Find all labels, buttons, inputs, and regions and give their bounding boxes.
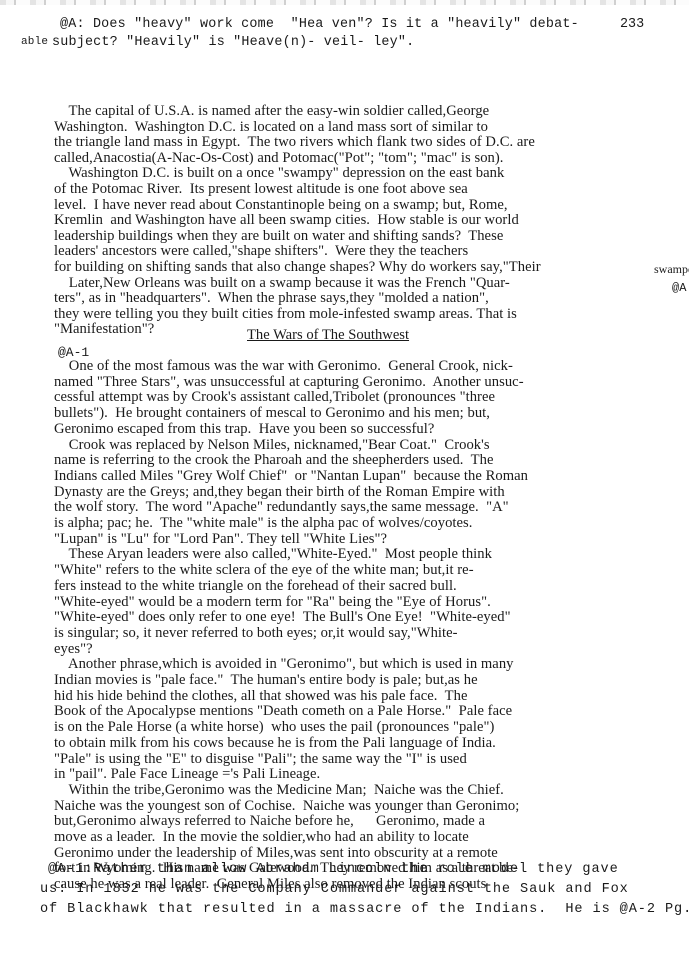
text-line: fers instead to the white triangle on th…: [54, 578, 457, 595]
text-line: level. I have never read about Constanti…: [54, 197, 508, 214]
text-line: Washington D.C. is built on a once "swam…: [54, 165, 504, 182]
text-line: eyes"?: [54, 641, 93, 658]
page-number: 233: [620, 17, 644, 32]
text-line: Later,New Orleans was built on a swamp b…: [54, 275, 510, 292]
text-line: Washington. Washington D.C. is located o…: [54, 119, 488, 136]
text-line: bullets"). He brought containers of mesc…: [54, 405, 490, 422]
text-line: named "Three Stars", was unsuccessful at…: [54, 374, 524, 391]
text-line: hid his hide behind the clothes, all tha…: [54, 688, 467, 705]
text-line: @A-1:Rather than allow Abraham Lincoln t…: [48, 862, 619, 877]
scan-edge-artifact: [0, 0, 689, 5]
text-line: Crook was replaced by Nelson Miles, nick…: [54, 437, 490, 454]
header-line-2: subject? "Heavily" is "Heave(n)- veil- l…: [52, 35, 414, 50]
text-line: leadership buildings when they are built…: [54, 228, 503, 245]
text-line: Book of the Apocalypse mentions "Death c…: [54, 703, 512, 720]
text-line: is on the Pale Horse (a white horse) who…: [54, 719, 494, 736]
text-line: is singular; so, it never referred to bo…: [54, 625, 458, 642]
text-line: Dynasty are the Greys; and,they began th…: [54, 484, 505, 501]
text-line: "Pale" is using the "E" to disguise "Pal…: [54, 751, 467, 768]
text-line: to obtain milk from his cows because he …: [54, 735, 496, 752]
text-line: for building on shifting sands that also…: [54, 259, 541, 276]
text-line: Indian movies is "pale face." The human'…: [54, 672, 478, 689]
text-line: Within the tribe,Geronimo was the Medici…: [54, 782, 504, 799]
text-line: One of the most famous was the war with …: [54, 358, 513, 375]
text-line: "White-eyed" would be a modern term for …: [54, 594, 491, 611]
text-line: "White" refers to the white sclera of th…: [54, 562, 474, 579]
text-line: "Manifestation"?: [54, 321, 154, 338]
text-line: leaders' ancestors were called,"shape sh…: [54, 243, 468, 260]
text-line: The capital of U.S.A. is named after the…: [54, 103, 489, 120]
text-line: the wolf story. The word "Apache" redund…: [54, 499, 509, 516]
header-line-2-prefix: able: [21, 36, 48, 48]
text-line: of the Potomac River. Its present lowest…: [54, 181, 468, 198]
text-line: Geronimo under the leadership of Miles,w…: [54, 845, 498, 862]
text-line: Another phrase,which is avoided in "Gero…: [54, 656, 514, 673]
text-line: of Blackhawk that resulted in a massacre…: [40, 902, 689, 917]
margin-note-at-a: @A: [672, 281, 686, 295]
text-line: ters", as in "headquarters". When the ph…: [54, 290, 489, 307]
text-line: but,Geronimo always referred to Naiche b…: [54, 813, 485, 830]
text-line: cessful attempt was by Crook's assistant…: [54, 389, 495, 406]
section-title: The Wars of The Southwest: [247, 327, 409, 344]
text-line: in "pail". Pale Face Lineage ='s Pali Li…: [54, 766, 320, 783]
text-line: the triangle land mass in Egypt. The two…: [54, 134, 535, 151]
text-line: Naiche was the youngest son of Cochise. …: [54, 798, 519, 815]
text-line: called,Anacostia(A-Nac-Os-Cost) and Poto…: [54, 150, 504, 167]
text-line: they were telling you they built cities …: [54, 306, 517, 323]
header-line-1: @A: Does "heavy" work come "Hea ven"? Is…: [60, 17, 579, 32]
text-line: Indians called Miles "Grey Wolf Chief" o…: [54, 468, 528, 485]
text-line: "Lupan" is "Lu" for "Lord Pan". They tel…: [54, 531, 387, 548]
text-line: is alpha; pac; he. The "white male" is t…: [54, 515, 472, 532]
text-line: name is referring to the crook the Pharo…: [54, 452, 493, 469]
text-line: "White-eyed" does only refer to one eye!…: [54, 609, 511, 626]
text-line: These Aryan leaders were also called,"Wh…: [54, 546, 492, 563]
text-line: move as a leader. In the movie the soldi…: [54, 829, 469, 846]
text-line: us: In 1832 he was the Company Commander…: [40, 882, 629, 897]
text-line: Geronimo escaped from this trap. Have yo…: [54, 421, 434, 438]
text-line: Kremlin and Washington have all been swa…: [54, 212, 519, 229]
margin-note-swamped: swamped: [654, 262, 689, 277]
